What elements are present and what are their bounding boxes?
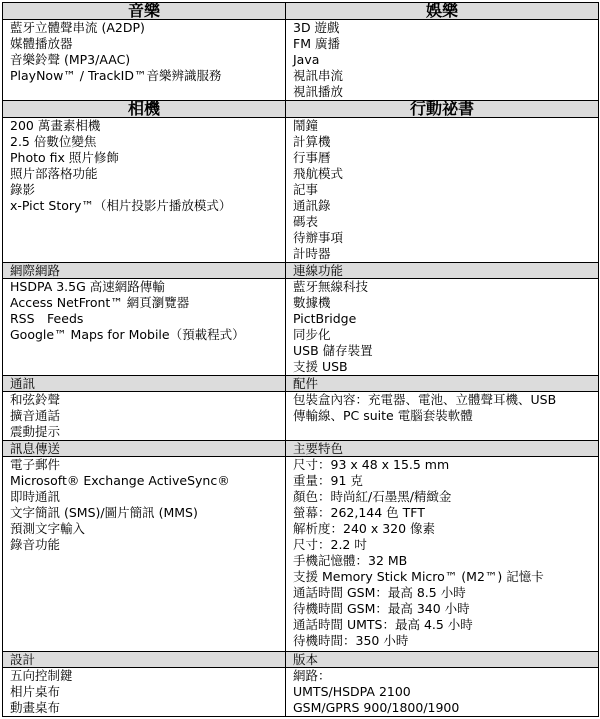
section-header-row: 通訊配件: [3, 376, 599, 392]
section-title-left: 設計: [3, 652, 286, 668]
feature-item: 記事: [293, 182, 598, 198]
feature-item: 錄影: [10, 182, 285, 198]
feature-item: 五向控制鍵: [10, 668, 285, 684]
feature-item: RSS Feeds: [10, 311, 285, 327]
feature-item: 待機時間 GSM：最高 340 小時: [293, 601, 598, 617]
feature-item: 尺寸：93 x 48 x 15.5 mm: [293, 457, 598, 473]
feature-item: 照片部落格功能: [10, 166, 285, 182]
section-header-row: 設計版本: [3, 652, 599, 668]
section-title-left: 通訊: [3, 376, 286, 392]
feature-list-left: 200 萬畫素相機2.5 倍數位變焦Photo fix 照片修飾照片部落格功能錄…: [3, 118, 286, 263]
feature-item: 重量：91 克: [293, 473, 598, 489]
section-header-row: 網際網路連線功能: [3, 263, 599, 279]
feature-item: 支援 USB: [293, 359, 598, 375]
feature-item: 2.5 倍數位變焦: [10, 134, 285, 150]
feature-list-left: HSDPA 3.5G 高速網路傳輸Access NetFront™ 網頁瀏覽器R…: [3, 279, 286, 376]
section-header-row: 音樂娛樂: [3, 3, 599, 20]
feature-list-right: 鬧鐘計算機行事曆飛航模式記事通訊錄碼表待辦事項計時器: [286, 118, 599, 263]
feature-item: PictBridge: [293, 311, 598, 327]
feature-item: 包裝盒內容：充電器、電池、立體聲耳機、USB: [293, 392, 598, 408]
feature-item: 支援 Memory Stick Micro™ (M2™) 記憶卡: [293, 569, 598, 585]
feature-item: 錄音功能: [10, 537, 285, 553]
feature-list-right: 3D 遊戲FM 廣播Java視訊串流視訊播放: [286, 20, 599, 101]
section-header-row: 訊息傳送主要特色: [3, 441, 599, 457]
feature-item: 通話時間 UMTS：最高 4.5 小時: [293, 617, 598, 633]
feature-item: 同步化: [293, 327, 598, 343]
feature-item: 數據機: [293, 295, 598, 311]
feature-item: 相片桌布: [10, 684, 285, 700]
feature-item: 待辦事項: [293, 230, 598, 246]
section-title-right: 行動祕書: [286, 101, 599, 118]
feature-item: 動畫桌布: [10, 700, 285, 716]
feature-list-left: 電子郵件Microsoft® Exchange ActiveSync®即時通訊文…: [3, 457, 286, 652]
section-title-right: 配件: [286, 376, 599, 392]
section-body-row: 和弦鈴聲擴音通話震動提示包裝盒內容：充電器、電池、立體聲耳機、USB傳輸線、PC…: [3, 392, 599, 441]
feature-item: 顏色：時尚紅/石墨黑/精緻金: [293, 489, 598, 505]
feature-item: 視訊播放: [293, 84, 598, 100]
feature-item: 藍牙無線科技: [293, 279, 598, 295]
feature-item: 網路：: [293, 668, 598, 684]
section-body-row: 藍牙立體聲串流 (A2DP)媒體播放器音樂鈴聲 (MP3/AAC)PlayNow…: [3, 20, 599, 101]
feature-item: 鬧鐘: [293, 118, 598, 134]
feature-list-left: 五向控制鍵相片桌布動畫桌布: [3, 668, 286, 717]
feature-item: 解析度：240 x 320 像素: [293, 521, 598, 537]
section-title-left: 網際網路: [3, 263, 286, 279]
feature-item: 電子郵件: [10, 457, 285, 473]
section-title-right: 版本: [286, 652, 599, 668]
feature-item: 通話時間 GSM：最高 8.5 小時: [293, 585, 598, 601]
feature-list-left: 藍牙立體聲串流 (A2DP)媒體播放器音樂鈴聲 (MP3/AAC)PlayNow…: [3, 20, 286, 101]
section-title-right: 連線功能: [286, 263, 599, 279]
feature-item: Google™ Maps for Mobile（預載程式）: [10, 327, 285, 343]
section-header-row: 相機行動祕書: [3, 101, 599, 118]
feature-item: 視訊串流: [293, 68, 598, 84]
feature-item: x-Pict Story™（相片投影片播放模式）: [10, 198, 285, 214]
feature-item: FM 廣播: [293, 36, 598, 52]
feature-item: 螢幕：262,144 色 TFT: [293, 505, 598, 521]
feature-item: 計算機: [293, 134, 598, 150]
feature-item: 飛航模式: [293, 166, 598, 182]
section-title-right: 娛樂: [286, 3, 599, 20]
feature-item: 計時器: [293, 246, 598, 262]
feature-list-right: 藍牙無線科技數據機PictBridge同步化USB 儲存裝置支援 USB: [286, 279, 599, 376]
feature-item: 文字簡訊 (SMS)/圖片簡訊 (MMS): [10, 505, 285, 521]
feature-item: Access NetFront™ 網頁瀏覽器: [10, 295, 285, 311]
feature-list-left: 和弦鈴聲擴音通話震動提示: [3, 392, 286, 441]
feature-item: HSDPA 3.5G 高速網路傳輸: [10, 279, 285, 295]
feature-list-right: 尺寸：93 x 48 x 15.5 mm重量：91 克顏色：時尚紅/石墨黑/精緻…: [286, 457, 599, 652]
feature-item: Microsoft® Exchange ActiveSync®: [10, 473, 285, 489]
feature-item: 擴音通話: [10, 408, 285, 424]
feature-item: 3D 遊戲: [293, 20, 598, 36]
feature-item: UMTS/HSDPA 2100: [293, 684, 598, 700]
feature-item: 和弦鈴聲: [10, 392, 285, 408]
feature-item: 即時通訊: [10, 489, 285, 505]
section-body-row: 五向控制鍵相片桌布動畫桌布網路：UMTS/HSDPA 2100GSM/GPRS …: [3, 668, 599, 717]
section-body-row: HSDPA 3.5G 高速網路傳輸Access NetFront™ 網頁瀏覽器R…: [3, 279, 599, 376]
feature-item: 傳輸線、PC suite 電腦套裝軟體: [293, 408, 598, 424]
feature-item: 碼表: [293, 214, 598, 230]
feature-list-right: 網路：UMTS/HSDPA 2100GSM/GPRS 900/1800/1900: [286, 668, 599, 717]
spec-table: 音樂娛樂藍牙立體聲串流 (A2DP)媒體播放器音樂鈴聲 (MP3/AAC)Pla…: [2, 2, 599, 717]
feature-item: 手機記憶體：32 MB: [293, 553, 598, 569]
feature-list-right: 包裝盒內容：充電器、電池、立體聲耳機、USB傳輸線、PC suite 電腦套裝軟…: [286, 392, 599, 441]
section-body-row: 電子郵件Microsoft® Exchange ActiveSync®即時通訊文…: [3, 457, 599, 652]
feature-item: GSM/GPRS 900/1800/1900: [293, 700, 598, 716]
feature-item: 通訊錄: [293, 198, 598, 214]
feature-item: 音樂鈴聲 (MP3/AAC): [10, 52, 285, 68]
feature-item: 200 萬畫素相機: [10, 118, 285, 134]
section-body-row: 200 萬畫素相機2.5 倍數位變焦Photo fix 照片修飾照片部落格功能錄…: [3, 118, 599, 263]
section-title-left: 音樂: [3, 3, 286, 20]
feature-item: 藍牙立體聲串流 (A2DP): [10, 20, 285, 36]
feature-item: 預測文字輸入: [10, 521, 285, 537]
section-title-left: 相機: [3, 101, 286, 118]
feature-item: 行事曆: [293, 150, 598, 166]
section-title-right: 主要特色: [286, 441, 599, 457]
feature-item: PlayNow™ / TrackID™音樂辨識服務: [10, 68, 285, 84]
feature-item: 待機時間：350 小時: [293, 633, 598, 649]
feature-item: Java: [293, 52, 598, 68]
feature-item: Photo fix 照片修飾: [10, 150, 285, 166]
feature-item: USB 儲存裝置: [293, 343, 598, 359]
feature-item: 震動提示: [10, 424, 285, 440]
section-title-left: 訊息傳送: [3, 441, 286, 457]
feature-item: 媒體播放器: [10, 36, 285, 52]
feature-item: 尺寸：2.2 吋: [293, 537, 598, 553]
